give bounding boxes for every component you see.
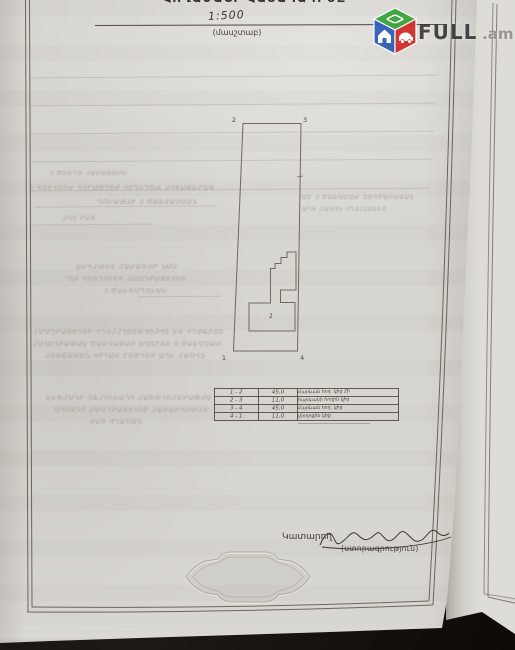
segment-pair: 4 - 1 [215,413,259,421]
table-row: 2 - 3 11,0 հարևանի հողին կից [215,397,399,405]
segment-note: Հարևան հող. կից 2ի [298,389,399,397]
executor-label: Կատարող [282,532,332,542]
fullam-watermark: FULL .am [372,6,515,64]
measurements-table: 1 - 2 45,0 Հարևան հող. կից 2ի 2 - 3 11,0… [214,388,399,421]
fullam-brand-text: FULL [418,20,477,44]
fullam-tld-text: .am [482,25,513,43]
segment-length: 11,0 [259,413,298,421]
table-row: 1 - 2 45,0 Հարևան հող. կից 2ի [215,389,399,397]
main-document-page: ՎԿԱՅԱԿԱՆ ՏՐՎԱԾ Է ՔԱՂԱՔԱՅԻՆ ԽՈՐՀՐԴԻ ԳՈՐԾԱ… [0,0,515,650]
corner-label-2: 2 [232,116,236,124]
segment-pair: 1 - 2 [215,389,259,397]
table-row: 4 - 1 11,0 փողոցին կից [215,413,399,421]
corner-label-3: 3 [303,116,307,124]
table-row: 3 - 4 45,0 Հարևան հող. կից [215,405,399,413]
signature-caption: (ստորագրություն) [341,544,419,553]
fullam-cube-icon [372,6,418,58]
page-frame-border [26,0,457,612]
site-plan-drawing: 2 3 1 4 1 [0,0,515,650]
building-label: 1 [269,312,273,320]
segment-length: 45,0 [259,405,298,413]
segment-length: 45,0 [259,389,298,397]
segment-note: փողոցին կից [298,413,399,421]
segment-pair: 3 - 4 [215,405,259,413]
segment-note: Հարևան հող. կից [298,405,399,413]
segment-pair: 2 - 3 [215,397,259,405]
embossed-stamp [186,552,310,603]
segment-length: 11,0 [259,397,298,405]
corner-label-1: 1 [222,354,226,362]
photo-background: ՎԿԱՅԱԿԱՆ ՏՐՎԱԾ Է ՔԱՂԱՔԱՅԻՆ ԽՈՐՀՐԴԻ ԳՈՐԾԱ… [0,0,515,650]
corner-label-4: 4 [300,354,304,362]
segment-note: հարևանի հողին կից [298,397,399,405]
